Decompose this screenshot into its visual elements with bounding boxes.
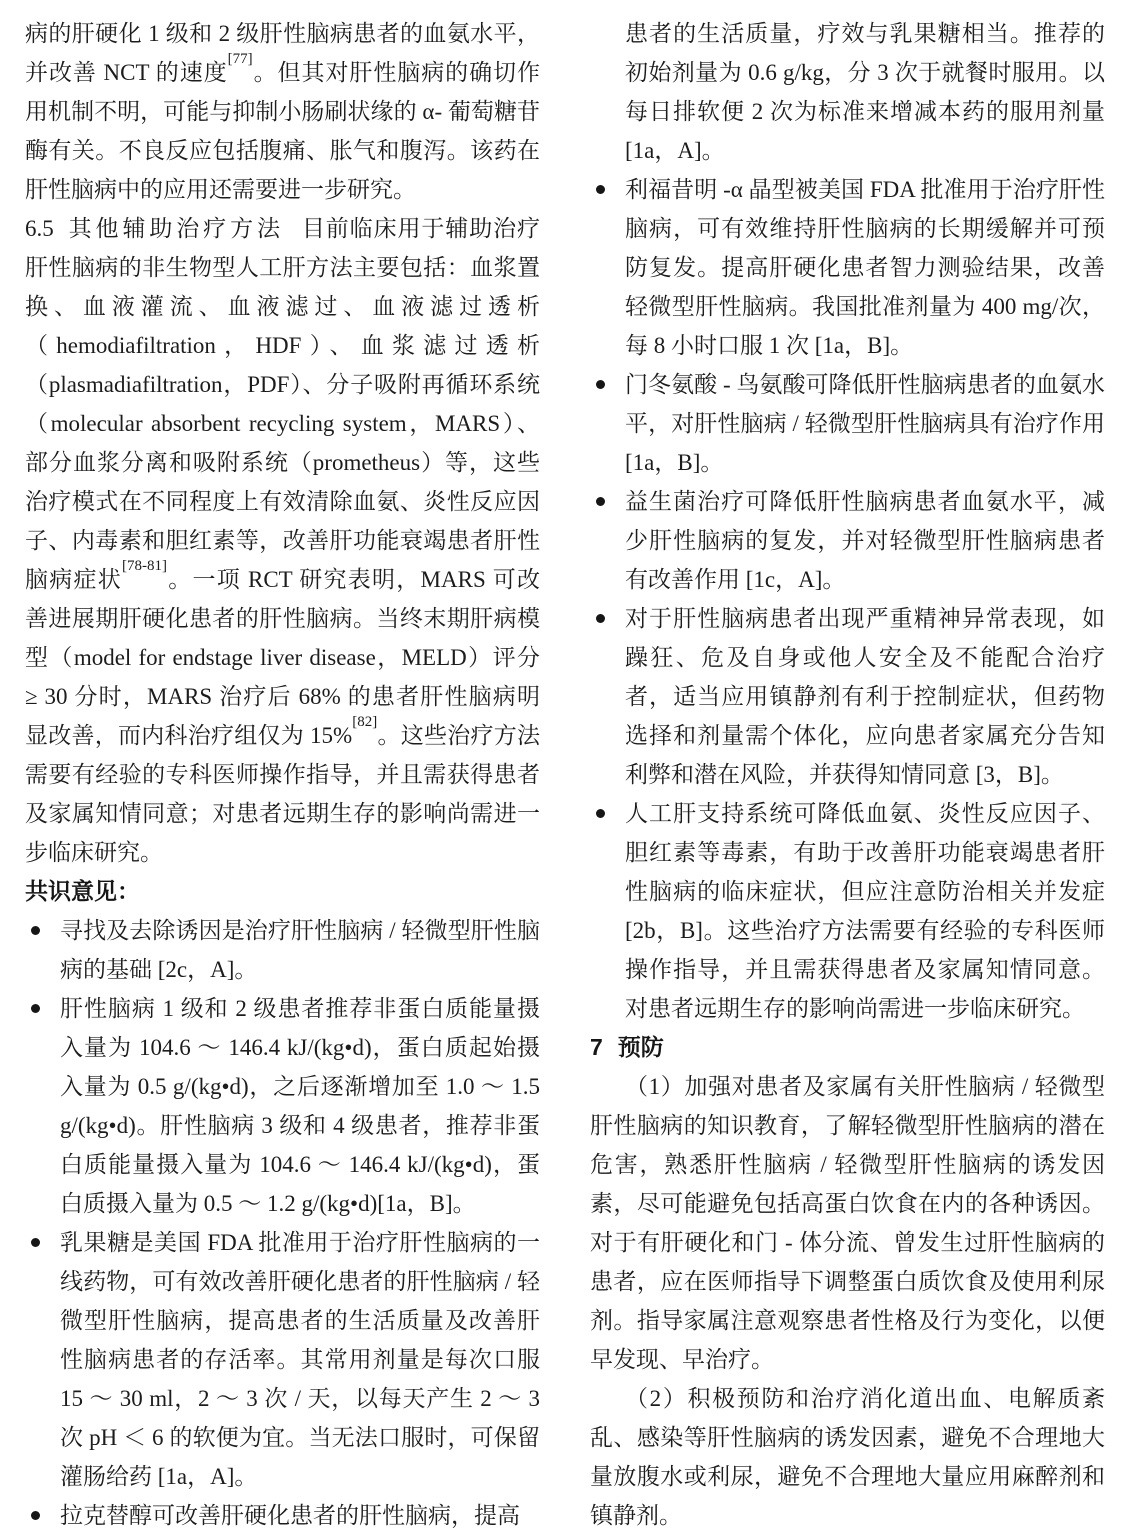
- document-page: 病的肝硬化 1 级和 2 级肝性脑病患者的血氨水平，并改善 NCT 的速度[77…: [0, 0, 1130, 1540]
- section-number: 7: [590, 1034, 603, 1060]
- prevention-paragraph-1: （1）加强对患者及家属有关肝性脑病 / 轻微型肝性脑病的知识教育，了解轻微型肝性…: [590, 1067, 1105, 1379]
- consensus-item-text: 乳果糖是美国 FDA 批准用于治疗肝性脑病的一线药物，可有效改善肝硬化患者的肝性…: [60, 1230, 540, 1489]
- bullet-icon: [31, 1238, 40, 1247]
- bullet-icon: [596, 614, 605, 623]
- consensus-heading: 共识意见：: [25, 872, 540, 911]
- consensus-item: 肝性脑病 1 级和 2 级患者推荐非蛋白质能量摄入量为 104.6 ～ 146.…: [25, 989, 540, 1223]
- consensus-item-text: 利福昔明 -α 晶型被美国 FDA 批准用于治疗肝性脑病，可有效维持肝性脑病的长…: [625, 177, 1105, 358]
- bullet-icon: [596, 185, 605, 194]
- consensus-item: 门冬氨酸 - 鸟氨酸可降低肝性脑病患者的血氨水平，对肝性脑病 / 轻微型肝性脑病…: [590, 365, 1105, 482]
- bullet-icon: [31, 926, 40, 935]
- consensus-item-text: 对于肝性脑病患者出现严重精神异常表现，如躁狂、危及自身或他人安全及不能配合治疗者…: [625, 606, 1105, 787]
- citation-ref-77: [77]: [228, 51, 253, 67]
- consensus-item: 乳果糖是美国 FDA 批准用于治疗肝性脑病的一线药物，可有效改善肝硬化患者的肝性…: [25, 1223, 540, 1496]
- consensus-item-text: 患者的生活质量，疗效与乳果糖相当。推荐的初始剂量为 0.6 g/kg，分 3 次…: [625, 21, 1105, 163]
- consensus-item-text: 人工肝支持系统可降低血氨、炎性反应因子、胆红素等毒素，有助于改善肝功能衰竭患者肝…: [625, 801, 1105, 1021]
- section-7-heading: 7预防: [590, 1028, 1105, 1067]
- consensus-item-text: 寻找及去除诱因是治疗肝性脑病 / 轻微型肝性脑病的基础 [2c，A]。: [60, 918, 540, 982]
- consensus-item: 人工肝支持系统可降低血氨、炎性反应因子、胆红素等毒素，有助于改善肝功能衰竭患者肝…: [590, 794, 1105, 1028]
- consensus-item: 益生菌治疗可降低肝性脑病患者血氨水平，减少肝性脑病的复发，并对轻微型肝性脑病患者…: [590, 482, 1105, 599]
- section-number: 6.5: [25, 216, 54, 241]
- bullet-icon: [596, 380, 605, 389]
- section-text-run: 目前临床用于辅助治疗肝性脑病的非生物型人工肝方法主要包括：血浆置换、血液灌流、血…: [25, 216, 540, 592]
- consensus-item-text: 肝性脑病 1 级和 2 级患者推荐非蛋白质能量摄入量为 104.6 ～ 146.…: [60, 996, 540, 1216]
- bullet-icon: [31, 1511, 40, 1520]
- right-column: 患者的生活质量，疗效与乳果糖相当。推荐的初始剂量为 0.6 g/kg，分 3 次…: [590, 14, 1105, 1540]
- consensus-list: 寻找及去除诱因是治疗肝性脑病 / 轻微型肝性脑病的基础 [2c，A]。 肝性脑病…: [25, 911, 540, 1535]
- consensus-item: 寻找及去除诱因是治疗肝性脑病 / 轻微型肝性脑病的基础 [2c，A]。: [25, 911, 540, 989]
- bullet-icon: [31, 1004, 40, 1013]
- consensus-item: 拉克替醇可改善肝硬化患者的肝性脑病，提高: [25, 1496, 540, 1535]
- consensus-item: 对于肝性脑病患者出现严重精神异常表现，如躁狂、危及自身或他人安全及不能配合治疗者…: [590, 599, 1105, 794]
- section-title: 其他辅助治疗方法: [68, 216, 284, 241]
- bullet-icon: [596, 497, 605, 506]
- section-title: 预防: [618, 1034, 664, 1060]
- citation-ref-78-81: [78-81]: [122, 558, 167, 574]
- consensus-item: 利福昔明 -α 晶型被美国 FDA 批准用于治疗肝性脑病，可有效维持肝性脑病的长…: [590, 170, 1105, 365]
- section-6-5-paragraph: 6.5其他辅助治疗方法目前临床用于辅助治疗肝性脑病的非生物型人工肝方法主要包括：…: [25, 209, 540, 872]
- prevention-paragraph-2: （2）积极预防和治疗消化道出血、电解质紊乱、感染等肝性脑病的诱发因素，避免不合理…: [590, 1379, 1105, 1535]
- consensus-item-text: 门冬氨酸 - 鸟氨酸可降低肝性脑病患者的血氨水平，对肝性脑病 / 轻微型肝性脑病…: [625, 372, 1105, 475]
- bullet-icon: [596, 809, 605, 818]
- consensus-item-text: 益生菌治疗可降低肝性脑病患者血氨水平，减少肝性脑病的复发，并对轻微型肝性脑病患者…: [625, 489, 1105, 592]
- section-text-run: 。一项 RCT 研究表明，MARS 可改善进展期肝硬化患者的肝性脑病。当终末期肝…: [25, 567, 540, 748]
- intro-paragraph: 病的肝硬化 1 级和 2 级肝性脑病患者的血氨水平，并改善 NCT 的速度[77…: [25, 14, 540, 209]
- consensus-item-continuation: 患者的生活质量，疗效与乳果糖相当。推荐的初始剂量为 0.6 g/kg，分 3 次…: [590, 14, 1105, 170]
- consensus-list: 利福昔明 -α 晶型被美国 FDA 批准用于治疗肝性脑病，可有效维持肝性脑病的长…: [590, 170, 1105, 1028]
- left-column: 病的肝硬化 1 级和 2 级肝性脑病患者的血氨水平，并改善 NCT 的速度[77…: [25, 14, 540, 1540]
- consensus-item-text: 拉克替醇可改善肝硬化患者的肝性脑病，提高: [60, 1503, 520, 1528]
- citation-ref-82: [82]: [352, 714, 377, 730]
